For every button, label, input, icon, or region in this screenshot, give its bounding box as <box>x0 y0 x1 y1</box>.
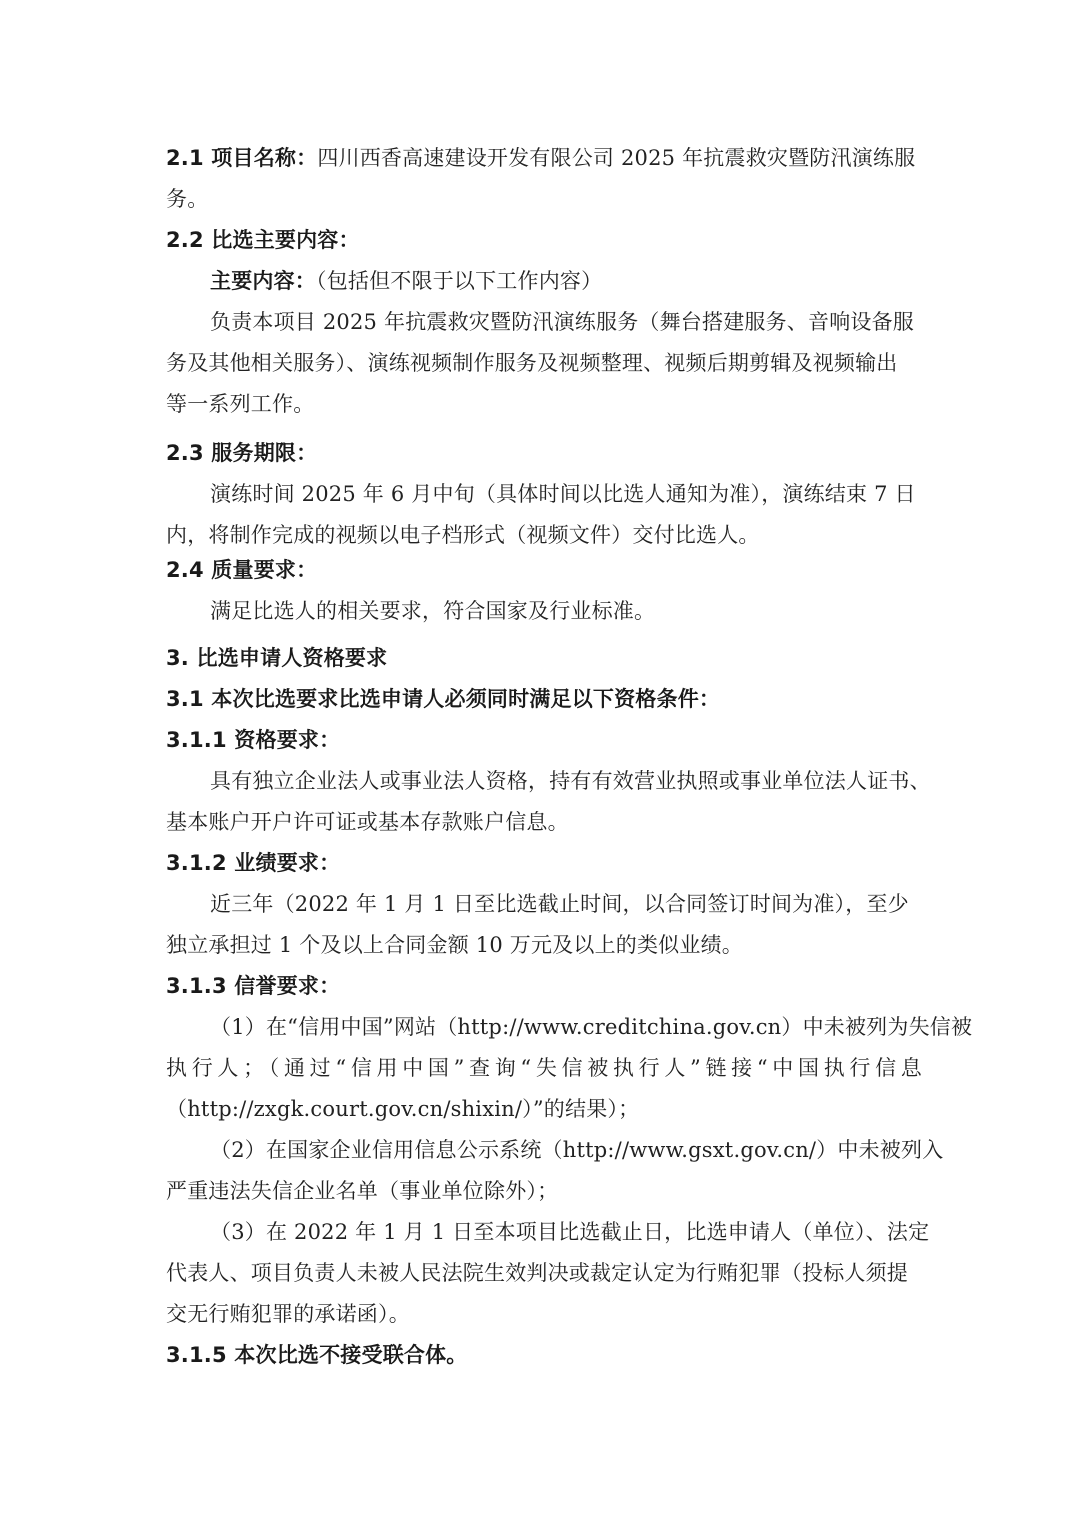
section-2-2-body-line1: 负责本项目 2025 年抗震救灾暨防汛演练服务（舞台搭建服务、音响设备服 <box>166 302 922 343</box>
section-2-2-body-line3: 等一系列工作。 <box>166 384 922 425</box>
section-3-1-1-body-line1: 具有独立企业法人或事业法人资格，持有有效营业执照或事业单位法人证书、 <box>166 761 922 802</box>
section-2-1-line2: 务。 <box>166 179 922 220</box>
section-3-1-3-item2-line2: 严重违法失信企业名单（事业单位除外）； <box>166 1171 922 1212</box>
section-2-2-subnote: （包括但不限于以下工作内容） <box>316 269 602 293</box>
section-3-heading: 3. 比选申请人资格要求 <box>166 638 922 679</box>
section-2-1-text: 四川西香高速建设开发有限公司 2025 年抗震救灾暨防汛演练服 <box>317 146 915 170</box>
section-3-1-2-heading: 3.1.2 业绩要求： <box>166 843 922 884</box>
section-3-1-1-heading: 3.1.1 资格要求： <box>166 720 922 761</box>
document-page: 2.1 项目名称：四川西香高速建设开发有限公司 2025 年抗震救灾暨防汛演练服… <box>166 138 922 1376</box>
section-3-1-3-item3-line3: 交无行贿犯罪的承诺函）。 <box>166 1294 922 1335</box>
section-3-1-3-item3-line2: 代表人、项目负责人未被人民法院生效判决或裁定认定为行贿犯罪（投标人须提 <box>166 1253 922 1294</box>
section-2-3-body-line1: 演练时间 2025 年 6 月中旬（具体时间以比选人通知为准），演练结束 7 日 <box>166 474 922 515</box>
section-2-4-body-line1: 满足比选人的相关要求，符合国家及行业标准。 <box>166 591 922 632</box>
section-3-1-3-item1-line2: 执行人；（通过“信用中国”查询“失信被执行人”链接“中国执行信息 <box>166 1048 922 1089</box>
section-3-1-3-item1-line1: （1）在“信用中国”网站（http://www.creditchina.gov.… <box>166 1007 922 1048</box>
section-2-1-heading: 2.1 项目名称： <box>166 146 317 170</box>
section-3-1-1-body-line2: 基本账户开户许可证或基本存款账户信息。 <box>166 802 922 843</box>
section-3-1-3-item3-line1: （3）在 2022 年 1 月 1 日至本项目比选截止日，比选申请人（单位）、法… <box>166 1212 922 1253</box>
section-2-2-subheading-line: 主要内容：（包括但不限于以下工作内容） <box>166 261 922 302</box>
section-3-1-2-body-line2: 独立承担过 1 个及以上合同金额 10 万元及以上的类似业绩。 <box>166 925 922 966</box>
section-2-2-subheading: 主要内容： <box>210 269 316 293</box>
section-3-1-3-item2-line1: （2）在国家企业信用信息公示系统（http://www.gsxt.gov.cn/… <box>166 1130 922 1171</box>
section-3-1-5-heading: 3.1.5 本次比选不接受联合体。 <box>166 1335 922 1376</box>
section-3-1-2-body-line1: 近三年（2022 年 1 月 1 日至比选截止时间，以合同签订时间为准），至少 <box>166 884 922 925</box>
section-2-1-line1: 2.1 项目名称：四川西香高速建设开发有限公司 2025 年抗震救灾暨防汛演练服 <box>166 138 922 179</box>
section-2-3-heading: 2.3 服务期限： <box>166 433 922 474</box>
section-3-1-3-item1-line3: （http://zxgk.court.gov.cn/shixin/）”的结果）； <box>166 1089 922 1130</box>
section-3-1-heading: 3.1 本次比选要求比选申请人必须同时满足以下资格条件： <box>166 679 922 720</box>
section-2-2-body-line2: 务及其他相关服务）、演练视频制作服务及视频整理、视频后期剪辑及视频输出 <box>166 343 922 384</box>
section-3-1-3-heading: 3.1.3 信誉要求： <box>166 966 922 1007</box>
section-2-2-heading: 2.2 比选主要内容： <box>166 220 922 261</box>
section-2-4-heading: 2.4 质量要求： <box>166 550 922 591</box>
